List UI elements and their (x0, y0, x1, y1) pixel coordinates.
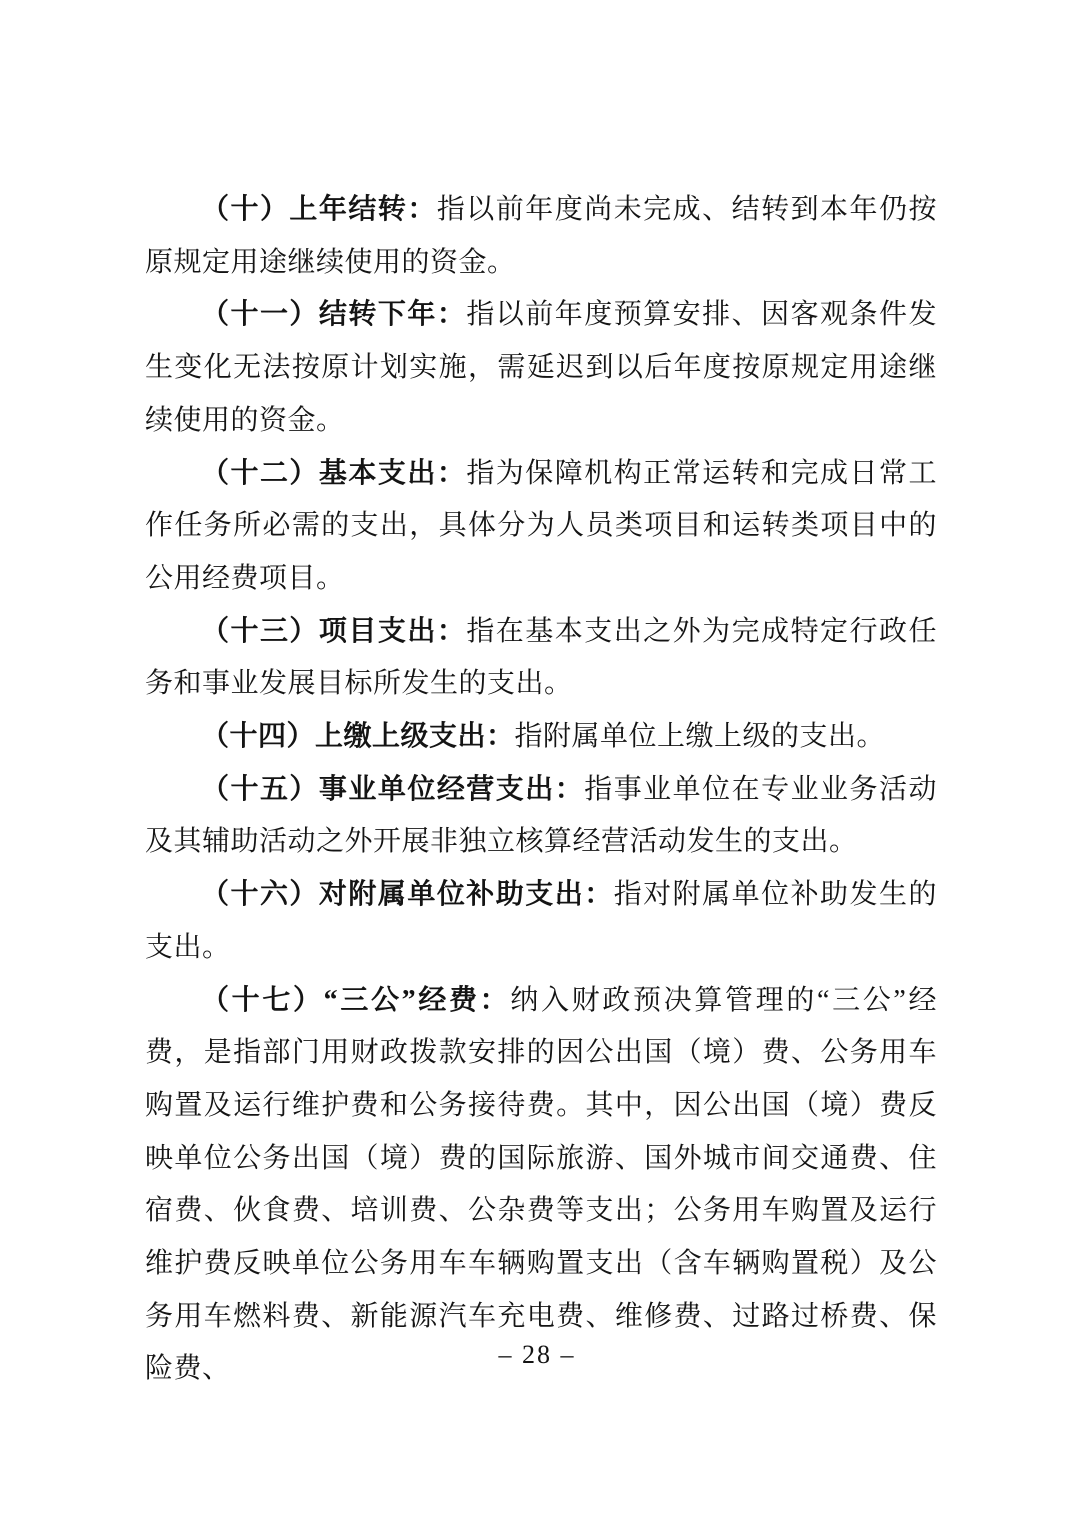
definition-paragraph-11: （十一）结转下年：指以前年度预算安排、因客观条件发生变化无法按原计划实施，需延迟… (145, 289, 937, 447)
definition-paragraph-13: （十三）项目支出：指在基本支出之外为完成特定行政任务和事业发展目标所发生的支出。 (145, 606, 937, 711)
page-footer: – 28 – (0, 1340, 1074, 1370)
term-label: （十）上年结转： (201, 194, 437, 225)
definition-paragraph-12: （十二）基本支出：指为保障机构正常运转和完成日常工作任务所必需的支出，具体分为人… (145, 448, 937, 606)
term-label: （十四）上缴上级支出： (201, 721, 515, 752)
page-number: – 28 – (499, 1340, 576, 1369)
term-label: （十七）“三公”经费： (201, 985, 510, 1016)
definition-paragraph-15: （十五）事业单位经营支出：指事业单位在专业业务活动及其辅助活动之外开展非独立核算… (145, 764, 937, 869)
term-label: （十三）项目支出： (201, 616, 466, 647)
document-page: （十）上年结转：指以前年度尚未完成、结转到本年仍按原规定用途继续使用的资金。 （… (0, 0, 1074, 1520)
term-label: （十二）基本支出： (201, 458, 466, 489)
term-definition: 指附属单位上缴上级的支出。 (515, 721, 886, 752)
definition-paragraph-14: （十四）上缴上级支出：指附属单位上缴上级的支出。 (145, 711, 937, 764)
term-label: （十五）事业单位经营支出： (201, 774, 584, 805)
document-body: （十）上年结转：指以前年度尚未完成、结转到本年仍按原规定用途继续使用的资金。 （… (145, 184, 937, 1396)
definition-paragraph-10: （十）上年结转：指以前年度尚未完成、结转到本年仍按原规定用途继续使用的资金。 (145, 184, 937, 289)
term-label: （十六）对附属单位补助支出： (201, 879, 614, 910)
definition-paragraph-17: （十七）“三公”经费：纳入财政预决算管理的“三公”经费，是指部门用财政拨款安排的… (145, 975, 937, 1397)
term-label: （十一）结转下年： (201, 299, 466, 330)
definition-paragraph-16: （十六）对附属单位补助支出：指对附属单位补助发生的支出。 (145, 869, 937, 974)
term-definition: 纳入财政预决算管理的“三公”经费，是指部门用财政拨款安排的因公出国（境）费、公务… (145, 985, 937, 1385)
